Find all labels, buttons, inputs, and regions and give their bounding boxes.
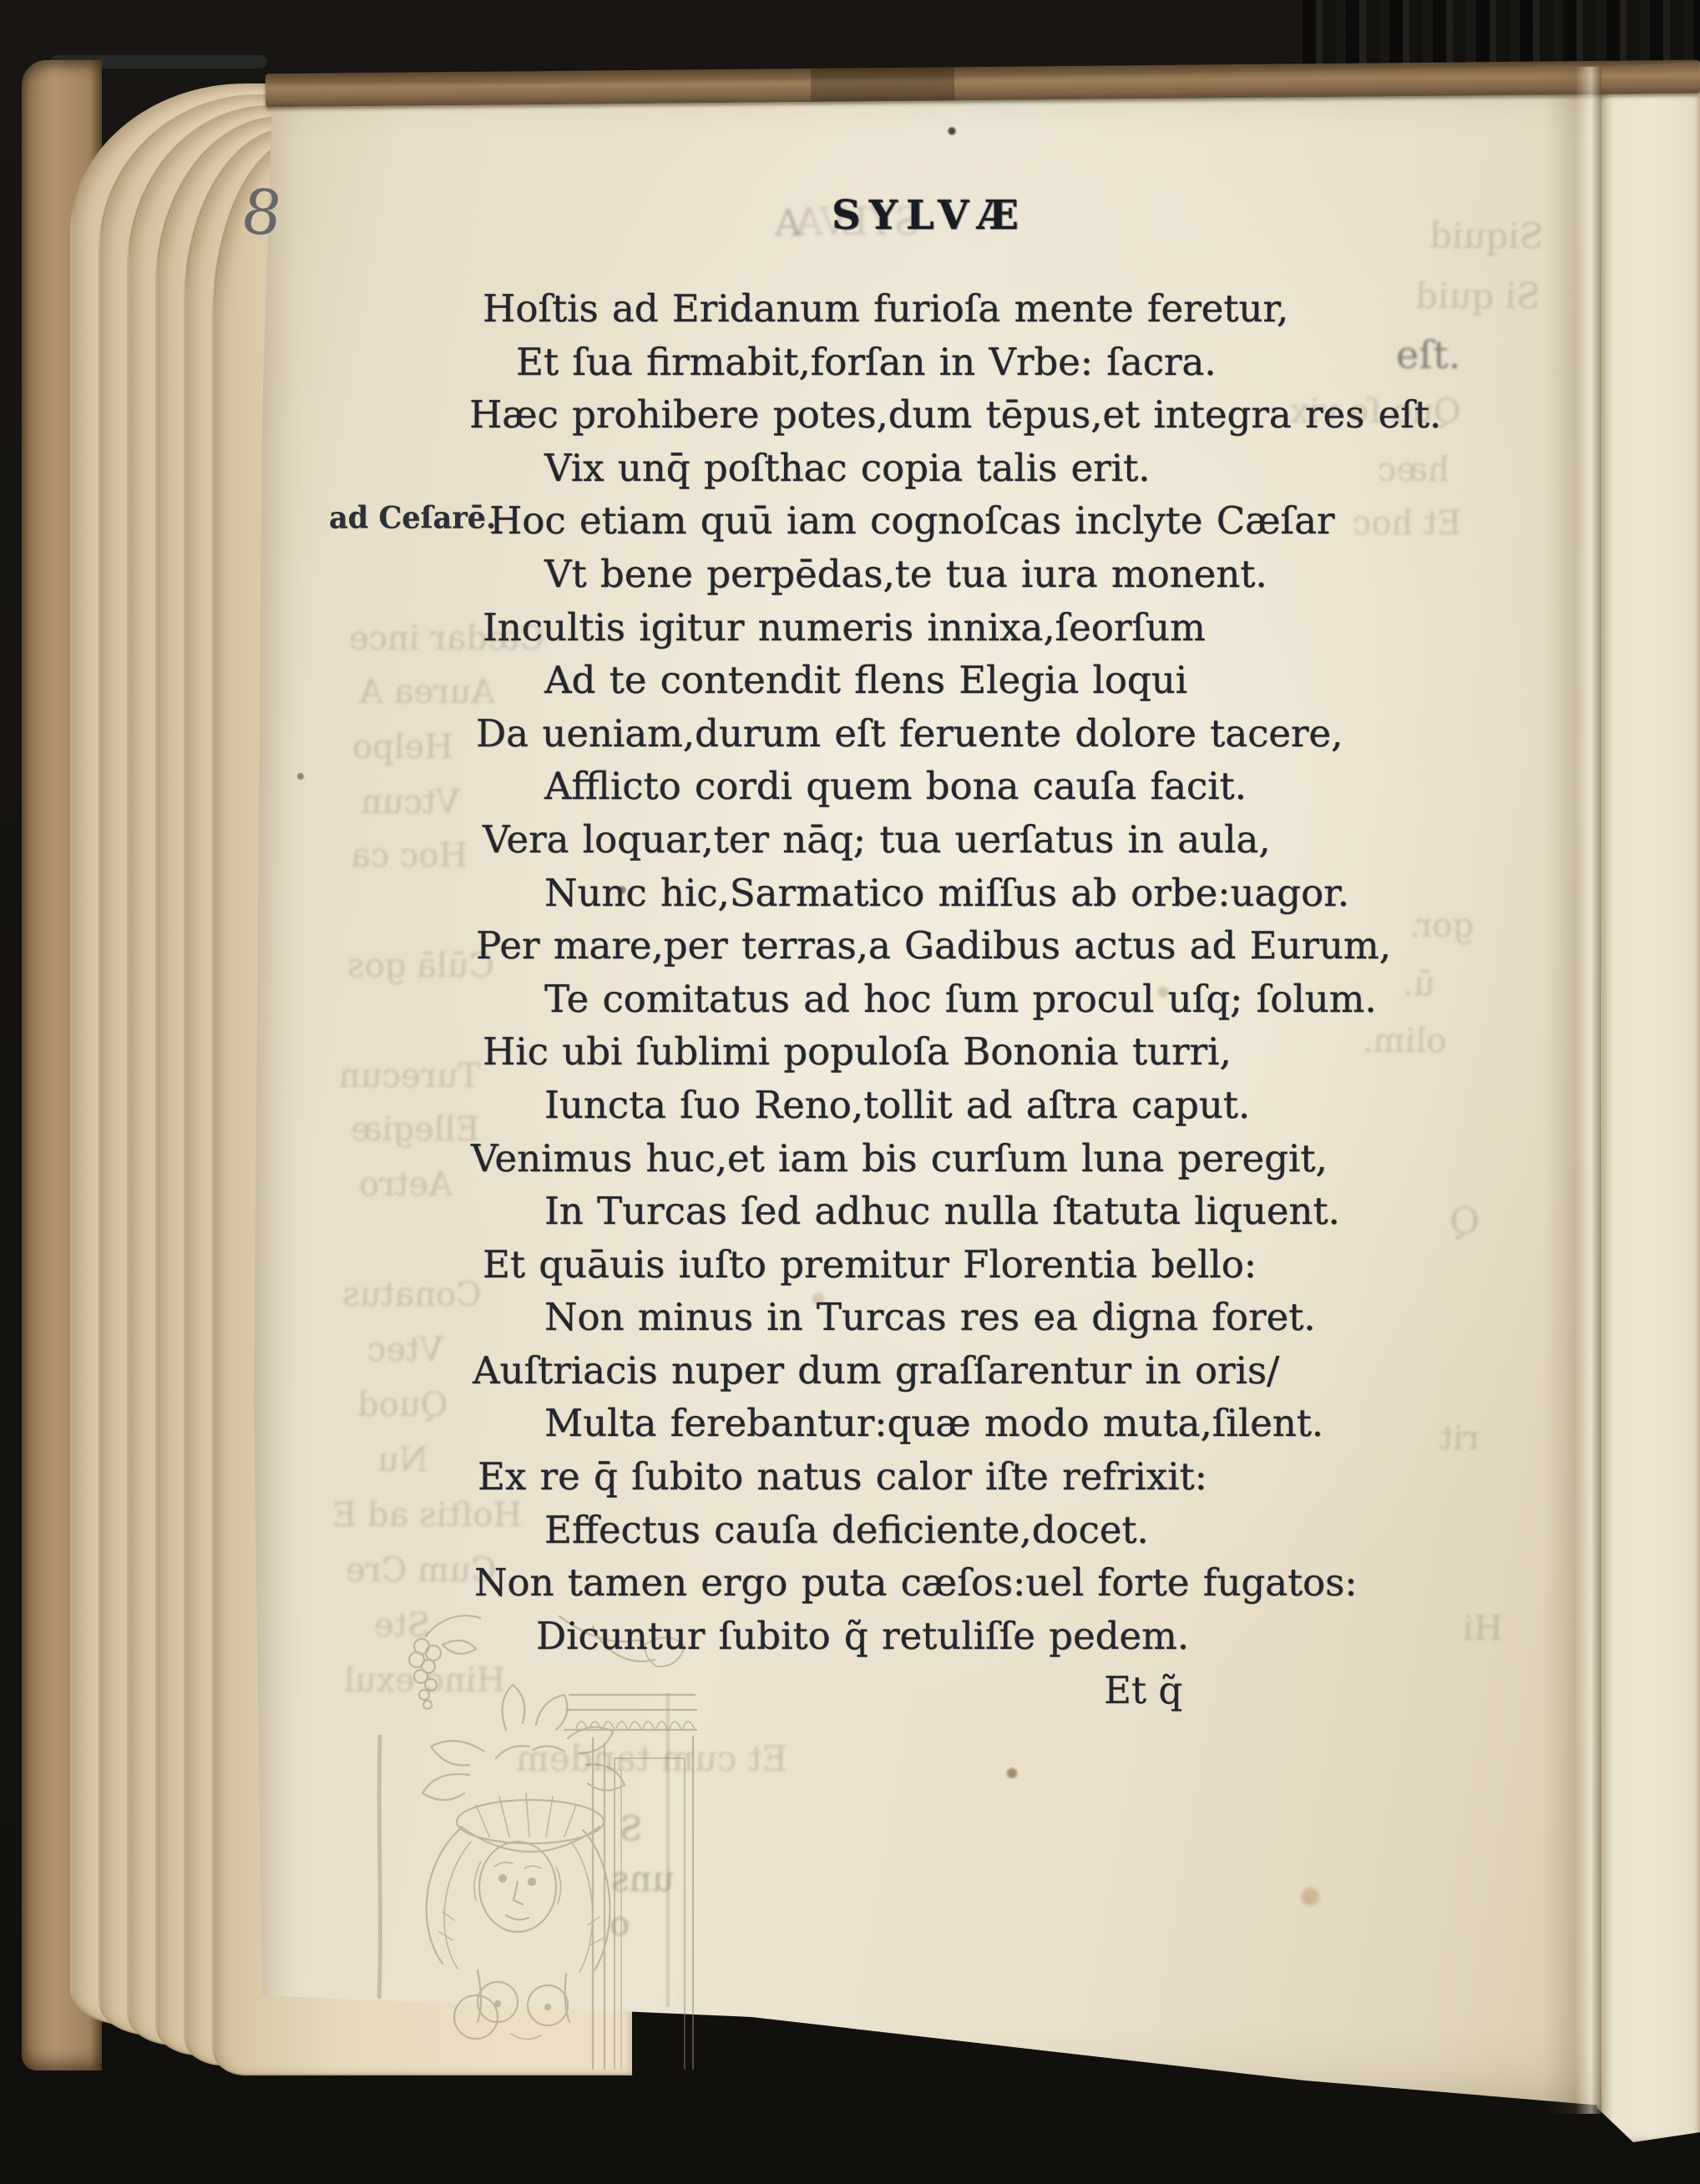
- page-fold-crease: [1543, 67, 1601, 2114]
- poem-line: Afflicto cordi quem bona cauſa facit.: [544, 760, 1551, 813]
- poem-line: Hoſtis ad Eridanum furioſa mente feretur…: [483, 282, 1551, 336]
- poem-line: Iuncta ſuo Reno,tollit ad aſtra caput.: [544, 1079, 1551, 1132]
- poem-line: Hic ubi ſublimi populoſa Bononia turri,: [483, 1025, 1551, 1079]
- poem-line: Effectus cauſa deficiente,docet.: [544, 1504, 1551, 1557]
- poem-line: Te comitatus ad hoc ſum procul uſq; ſolu…: [544, 973, 1551, 1026]
- woodcut-showthrough: [317, 1611, 785, 2079]
- scanned-book-photo: SYLVAASiquidSi quideſt.Quo ſe vixhæcEt h…: [0, 0, 1700, 2184]
- poem-line: Da ueniam,durum eſt feruente dolore tace…: [476, 707, 1551, 761]
- poem: Hoſtis ad Eridanum furioſa mente feretur…: [483, 282, 1551, 1662]
- poem-line: Per mare,per terras,a Gadibus actus ad E…: [476, 919, 1551, 973]
- next-page-edge: [1596, 62, 1700, 2142]
- running-header: SYLVÆ: [832, 192, 1027, 239]
- poem-line: Venimus huc,et iam bis curſum luna pereg…: [471, 1132, 1551, 1186]
- poem-line: Multa ferebantur:quæ modo muta,ſilent.: [544, 1397, 1551, 1450]
- catchword: Et q̃: [1104, 1668, 1182, 1712]
- poem-line: Non tamen ergo puta cæſos:uel forte fuga…: [474, 1556, 1551, 1610]
- poem-line: Dicuntur ſubito q̃ retuliſſe pedem.: [536, 1610, 1551, 1663]
- poem-line: Auſtriacis nuper dum graſſarentur in ori…: [473, 1344, 1551, 1398]
- marginal-note: ad Ceſarē.: [329, 500, 496, 536]
- poem-line: Non minus in Turcas res ea digna foret.: [544, 1291, 1551, 1344]
- poem-line: Ad te contendit flens Elegia loqui: [544, 654, 1551, 707]
- poem-line: Ex re q̄ ſubito natus calor iſte refrixi…: [478, 1450, 1551, 1504]
- poem-line: Et ſua firmabit,forſan in Vrbe: ſacra.: [516, 336, 1551, 389]
- poem-line: Et quāuis iuſto premitur Florentia bello…: [483, 1238, 1551, 1292]
- poem-line: Vix unq̄ poſthac copia talis erit.: [544, 442, 1551, 495]
- poem-line: Hoc etiam quū iam cognoſcas inclyte Cæſa…: [489, 494, 1551, 548]
- poem-line: Vera loquar,ter nāq; tua uerſatus in aul…: [483, 813, 1551, 867]
- poem-line: Hæc prohibere potes,dum tēpus,et integra…: [469, 388, 1551, 442]
- poem-line: Nunc hic,Sarmatico miſſus ab orbe:uagor.: [544, 867, 1551, 920]
- poem-line: In Turcas ſed adhuc nulla ſtatuta liquen…: [544, 1185, 1551, 1238]
- poem-line: Vt bene perpēdas,te tua iura monent.: [544, 548, 1551, 601]
- poem-line: Incultis igitur numeris innixa,ſeorſum: [483, 601, 1551, 655]
